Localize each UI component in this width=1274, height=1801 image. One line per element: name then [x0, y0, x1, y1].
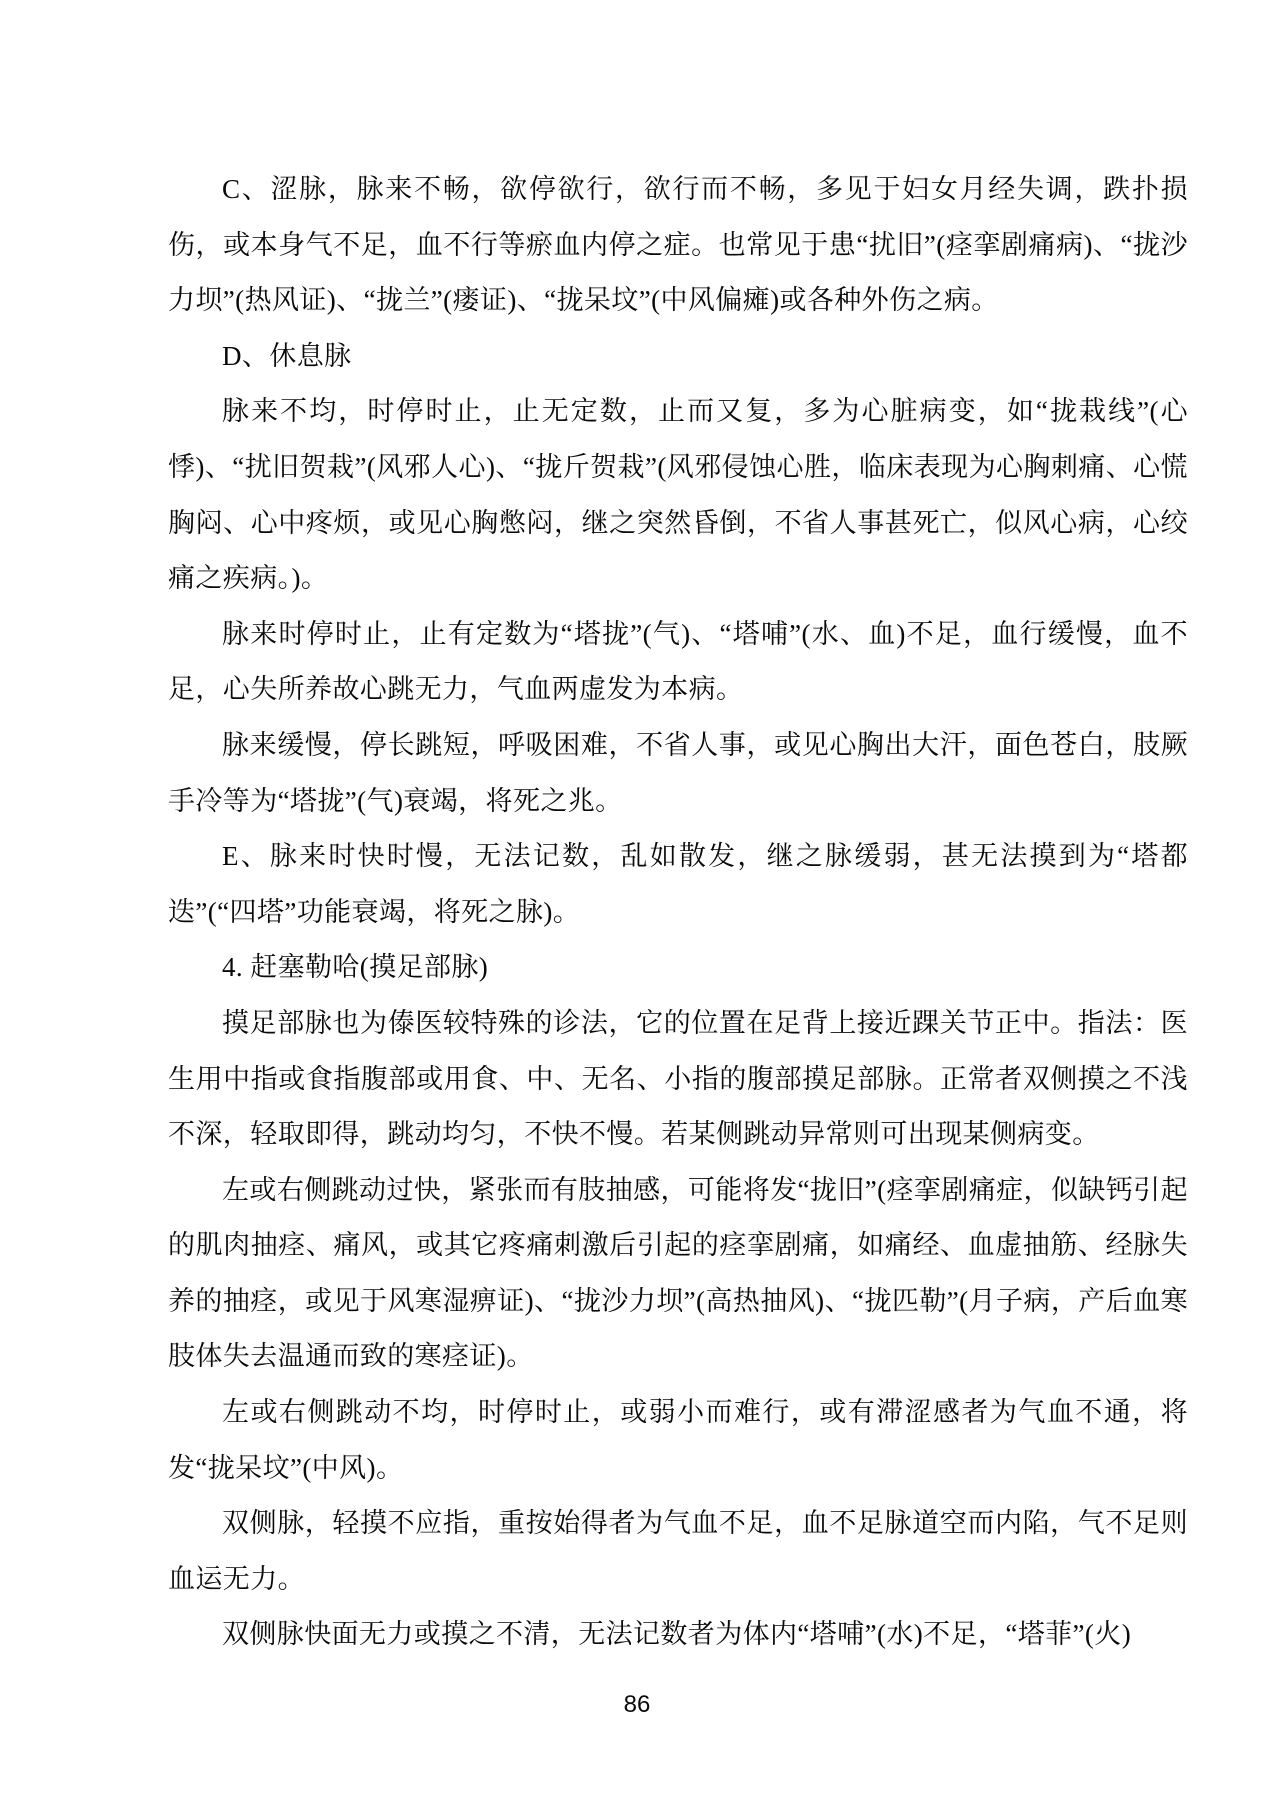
paragraph: E、脉来时快时慢，无法记数，乱如散发，继之脉缓弱，甚无法摸到为“塔都迭”(“四塔… [168, 829, 1188, 940]
paragraph: 双侧脉快面无力或摸之不清，无法记数者为体内“塔哺”(水)不足，“塔菲”(火) [168, 1607, 1188, 1663]
paragraph-heading: 4. 赶塞勒哈(摸足部脉) [168, 940, 1188, 996]
paragraph: C、涩脉，脉来不畅，欲停欲行，欲行而不畅，多见于妇女月经失调，跌扑损伤，或本身气… [168, 162, 1188, 329]
paragraph: 左或右侧跳动过快，紧张而有肢抽感，可能将发“拢旧”(痉挛剧痛症，似缺钙引起的肌肉… [168, 1163, 1188, 1385]
paragraph: 摸足部脉也为傣医较特殊的诊法，它的位置在足背上接近踝关节正中。指法：医生用中指或… [168, 996, 1188, 1163]
paragraph: 双侧脉，轻摸不应指，重按始得者为气血不足，血不足脉道空而内陷，气不足则血运无力。 [168, 1496, 1188, 1607]
paragraph: 脉来时停时止，止有定数为“塔拢”(气)、“塔哺”(水、血)不足，血行缓慢，血不足… [168, 607, 1188, 718]
paragraph: 左或右侧跳动不均，时停时止，或弱小而难行，或有滞涩感者为气血不通，将发“拢呆坟”… [168, 1385, 1188, 1496]
text-content: C、涩脉，脉来不畅，欲停欲行，欲行而不畅，多见于妇女月经失调，跌扑损伤，或本身气… [168, 162, 1188, 1663]
document-page: C、涩脉，脉来不畅，欲停欲行，欲行而不畅，多见于妇女月经失调，跌扑损伤，或本身气… [0, 0, 1274, 1801]
page-number: 86 [0, 1691, 1274, 1719]
paragraph: 脉来不均，时停时止，止无定数，止而又复，多为心脏病变，如“拢栽线”(心悸)、“扰… [168, 384, 1188, 606]
paragraph: 脉来缓慢，停长跳短，呼吸困难，不省人事，或见心胸出大汗，面色苍白，肢厥手冷等为“… [168, 718, 1188, 829]
paragraph-heading: D、休息脉 [168, 329, 1188, 385]
